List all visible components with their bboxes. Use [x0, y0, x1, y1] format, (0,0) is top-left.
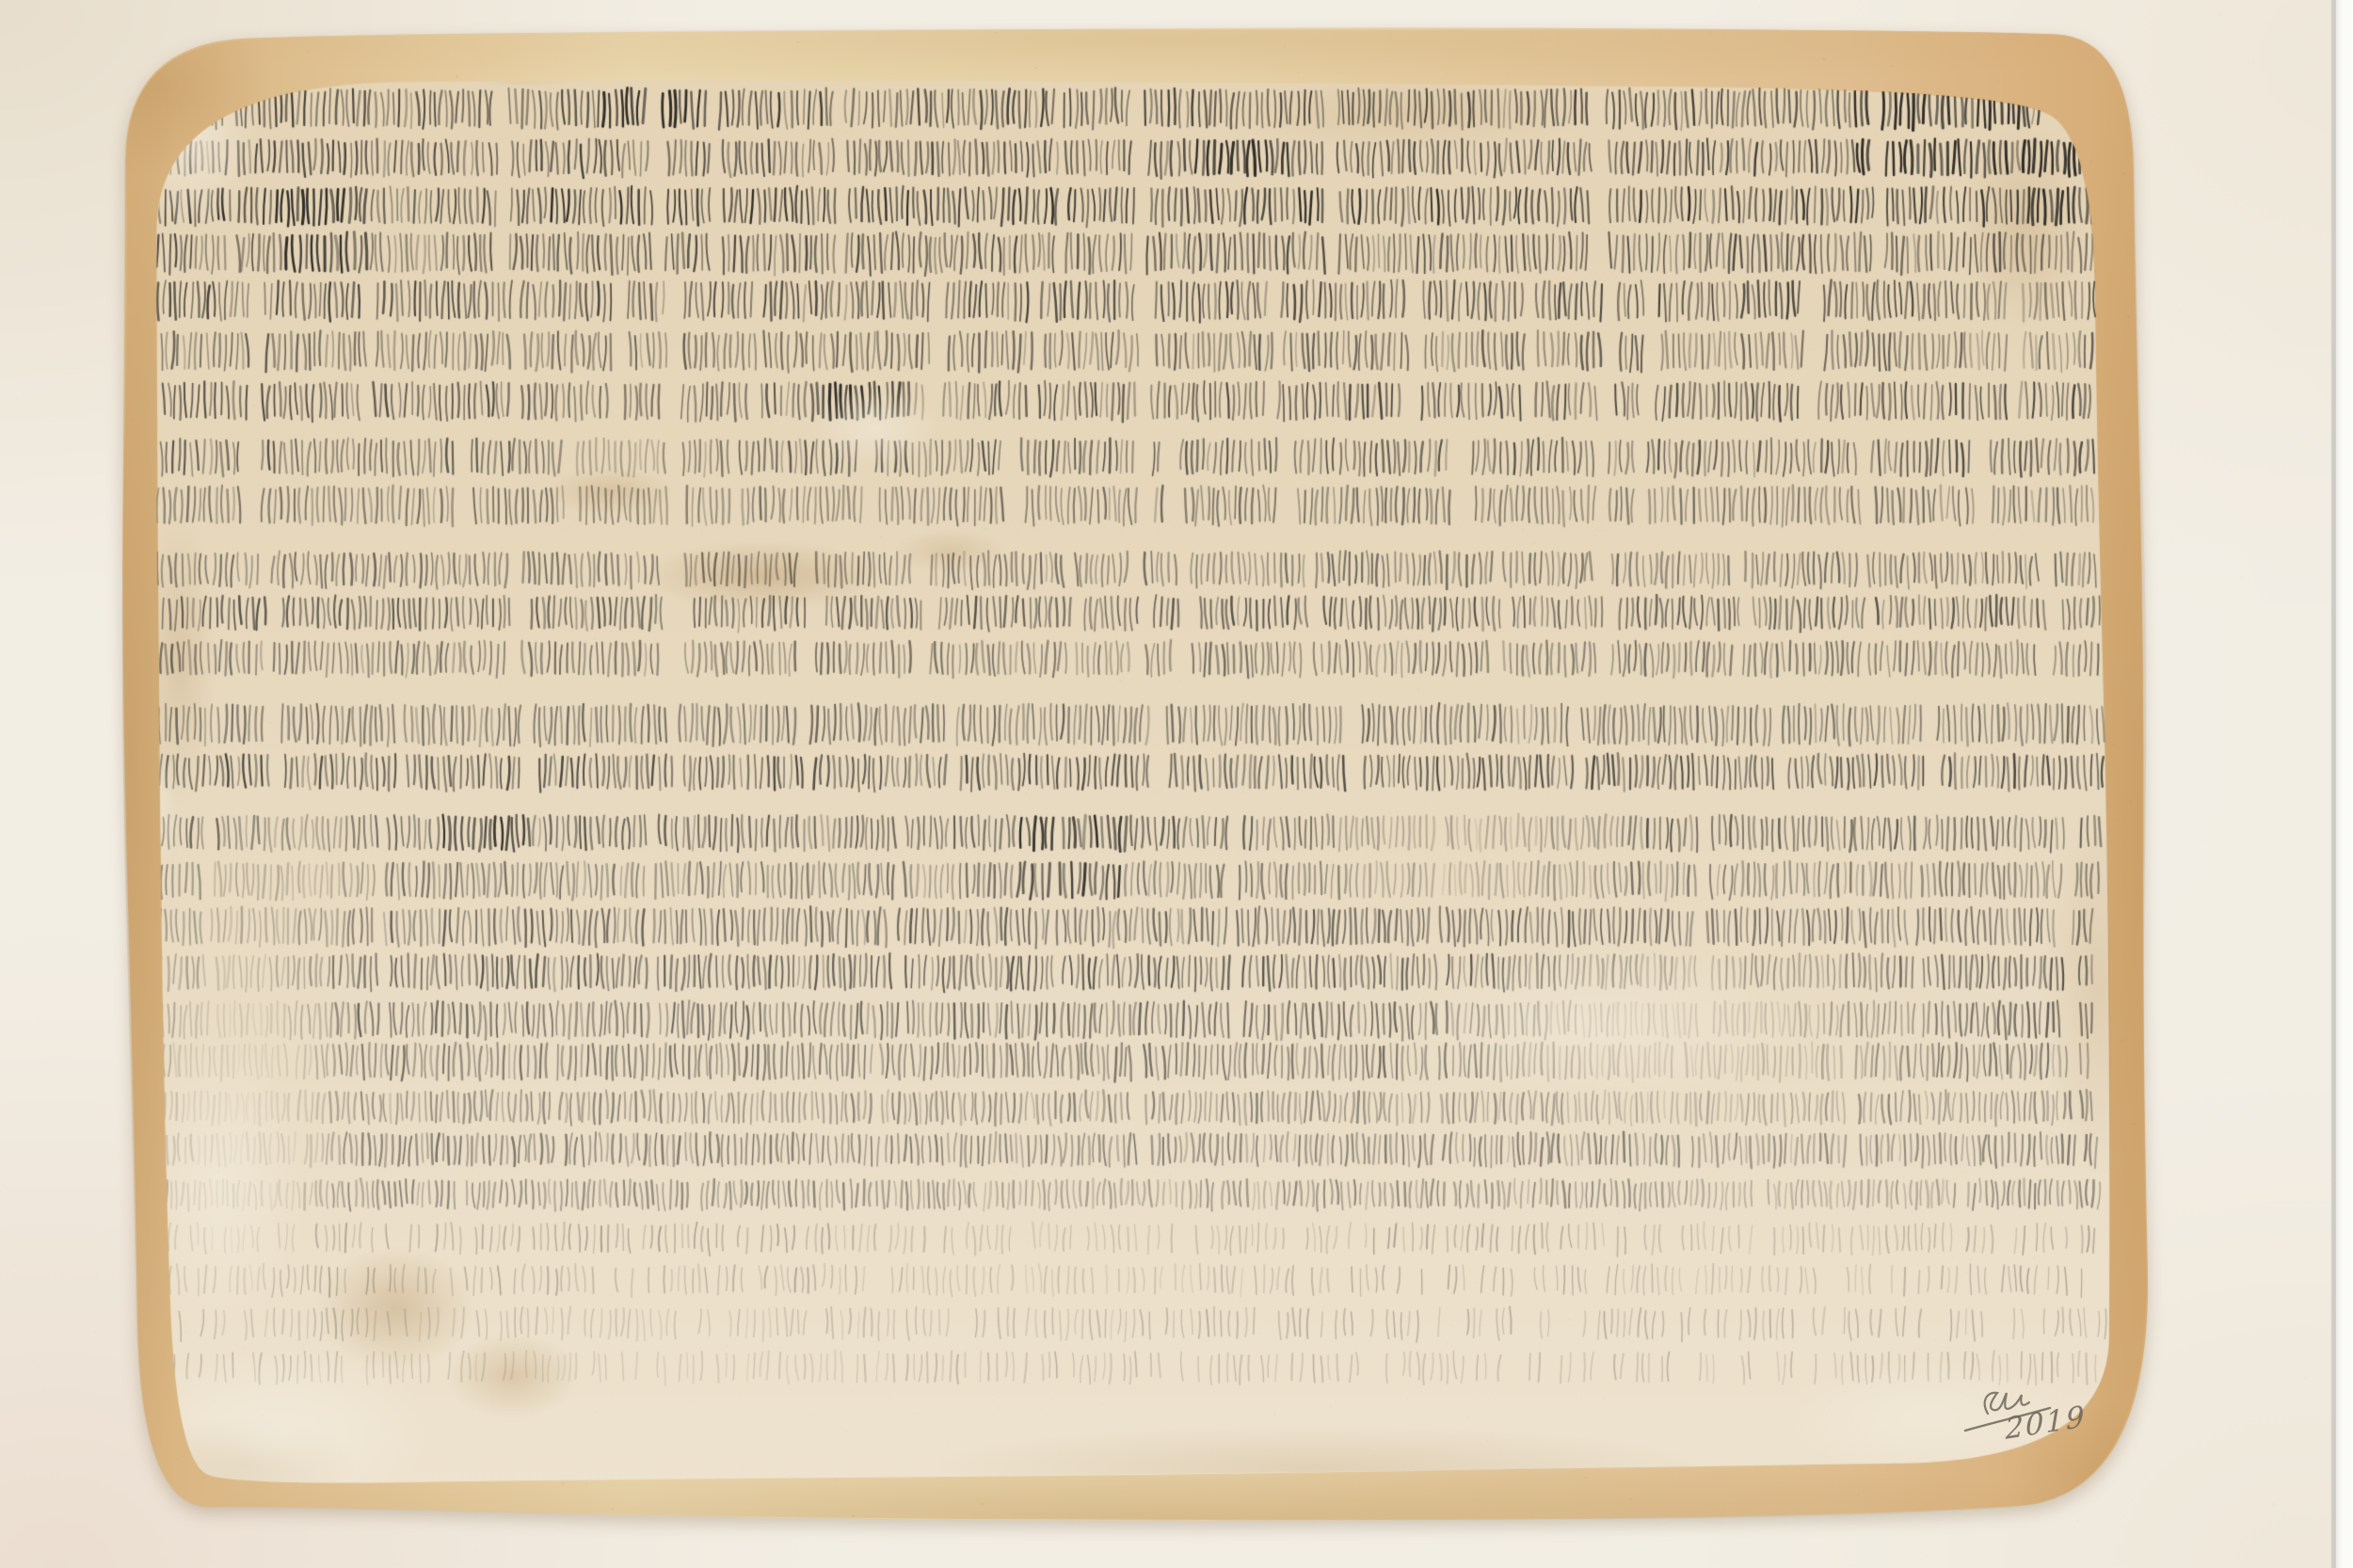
artwork-photo-canvas: [0, 0, 2353, 1568]
photograph-of-artwork: 2019: [0, 0, 2353, 1568]
